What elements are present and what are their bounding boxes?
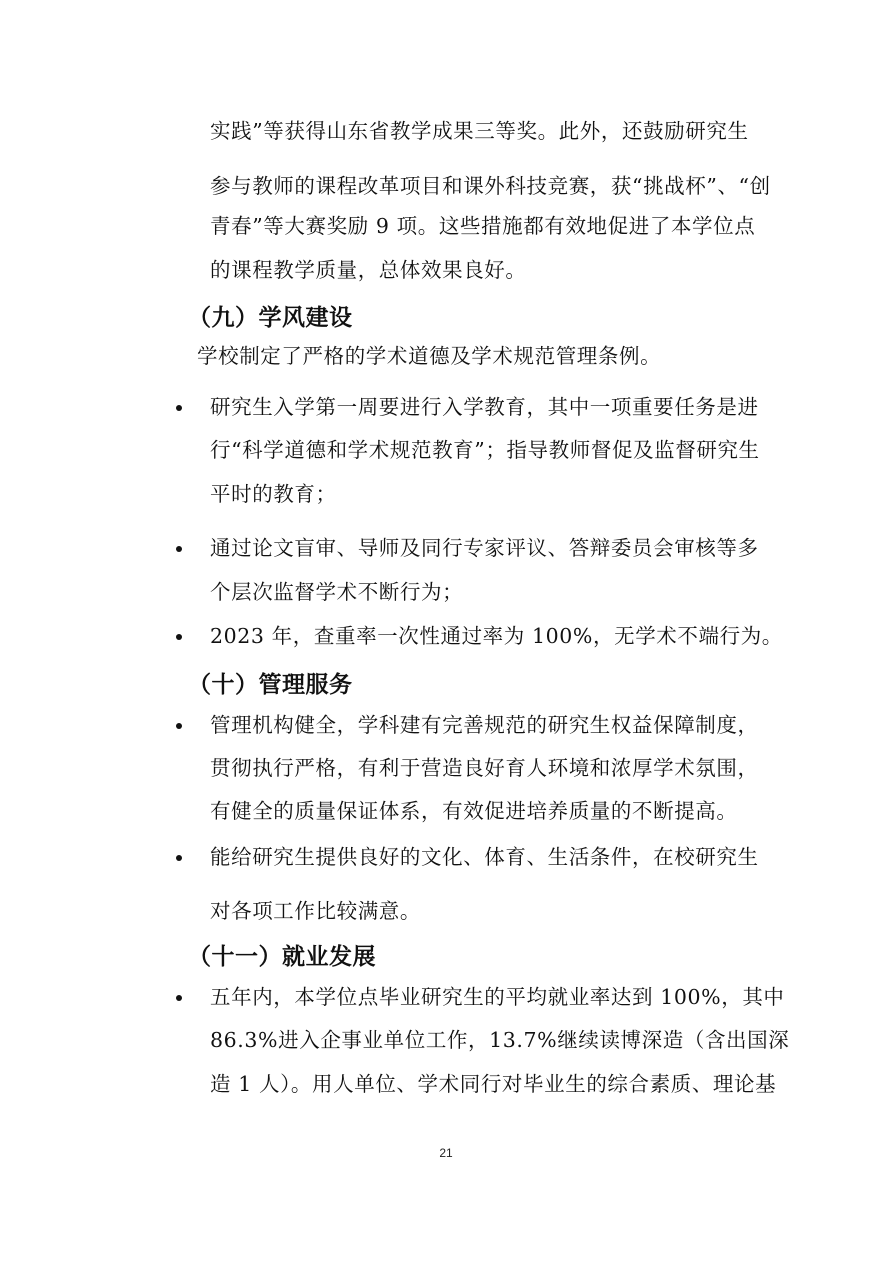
- paragraph-line: 参与教师的课程改革项目和课外科技竞赛，获“挑战杯”、“创: [210, 172, 770, 200]
- bullet-icon: [176, 723, 182, 729]
- bullet-line: 五年内，本学位点毕业研究生的平均就业率达到 100%，其中: [210, 983, 770, 1011]
- bullet-line: 对各项工作比较满意。: [210, 897, 770, 925]
- section-heading: （十一）就业发展: [188, 942, 376, 972]
- bullet-line: 贯彻执行严格，有利于营造良好育人环境和浓厚学术氛围，: [210, 754, 770, 782]
- bullet-line: 86.3%进入企事业单位工作，13.7%继续读博深造（含出国深: [210, 1026, 770, 1054]
- bullet-icon: [176, 995, 182, 1001]
- bullet-icon: [176, 546, 182, 552]
- bullet-line: 通过论文盲审、导师及同行专家评议、答辩委员会审核等多: [210, 534, 770, 562]
- bullet-line: 能给研究生提供良好的文化、体育、生活条件，在校研究生: [210, 843, 770, 871]
- bullet-line: 管理机构健全，学科建有完善规范的研究生权益保障制度，: [210, 711, 770, 739]
- section-intro: 学校制定了严格的学术道德及学术规范管理条例。: [197, 342, 757, 370]
- bullet-line: 造 1 人）。用人单位、学术同行对毕业生的综合素质、理论基: [210, 1070, 770, 1098]
- paragraph-line: 的课程教学质量，总体效果良好。: [210, 256, 770, 284]
- bullet-icon: [176, 634, 182, 640]
- bullet-icon: [176, 855, 182, 861]
- bullet-line: 行“科学道德和学术规范教育”；指导教师督促及监督研究生: [210, 436, 770, 464]
- bullet-line: 有健全的质量保证体系，有效促进培养质量的不断提高。: [210, 797, 770, 825]
- page-number: 21: [0, 1146, 892, 1160]
- bullet-line: 平时的教育；: [210, 480, 770, 508]
- document-page: 实践”等获得山东省教学成果三等奖。此外，还鼓励研究生 参与教师的课程改革项目和课…: [0, 0, 892, 1261]
- bullet-line: 2023 年，查重率一次性通过率为 100%，无学术不端行为。: [210, 622, 770, 650]
- paragraph-line: 实践”等获得山东省教学成果三等奖。此外，还鼓励研究生: [210, 117, 770, 145]
- bullet-line: 个层次监督学术不断行为；: [210, 578, 770, 606]
- bullet-line: 研究生入学第一周要进行入学教育，其中一项重要任务是进: [210, 393, 770, 421]
- section-heading: （九）学风建设: [188, 303, 353, 333]
- section-heading: （十）管理服务: [188, 670, 353, 700]
- bullet-icon: [176, 405, 182, 411]
- paragraph-line: 青春”等大赛奖励 9 项。这些措施都有效地促进了本学位点: [210, 212, 770, 240]
